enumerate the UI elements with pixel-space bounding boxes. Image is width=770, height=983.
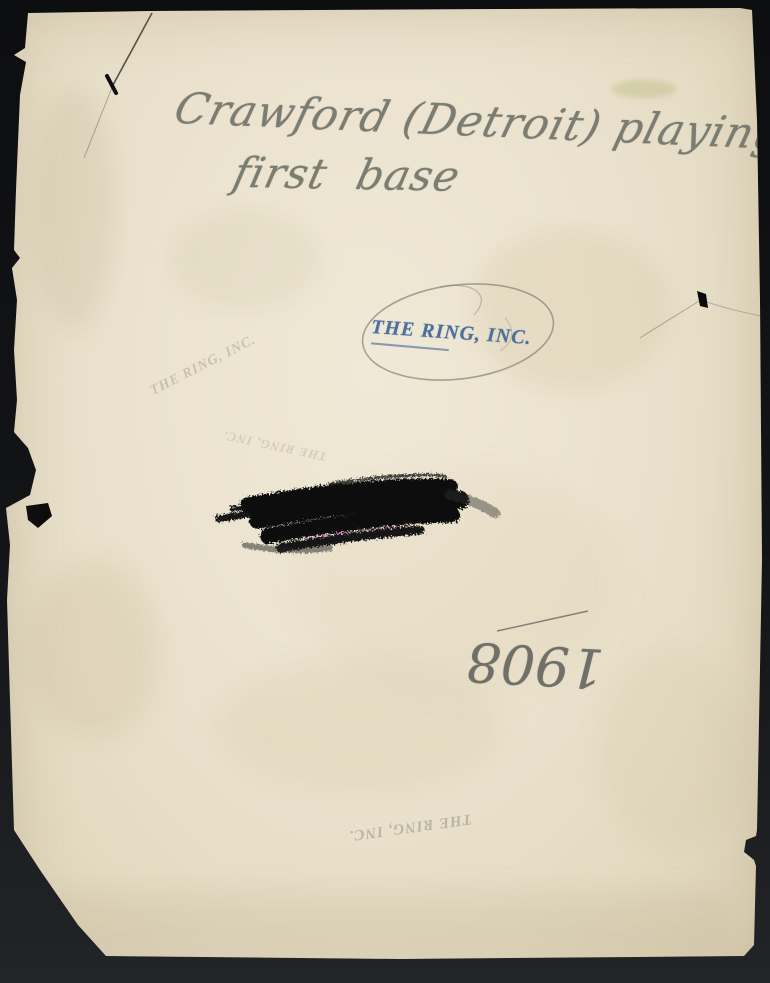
the-ring-stamp: THE RING, INC. [370, 316, 532, 350]
paper-stain [30, 560, 160, 740]
paper-stain [612, 80, 676, 98]
photo-back-paper: Crawford (Detroit) playing first base TH… [0, 0, 770, 983]
paper-stain [220, 660, 500, 790]
paper-sliver [743, 850, 754, 860]
pin-hole [697, 291, 708, 308]
paper-stain [600, 650, 740, 850]
faded-stamp-bottom: THE RING, INC. [347, 809, 472, 843]
paper-stain [34, 90, 114, 330]
faded-stamp-middle: THE RING, INC. [222, 427, 328, 464]
handwriting-caption-line2: first base [229, 148, 465, 201]
handwritten-year-upside-down: 1908 [490, 623, 606, 707]
new-york-stamp: NEW YORK [306, 514, 411, 545]
crease-right-edge [640, 291, 770, 338]
paper-stain [30, 890, 730, 954]
purple-stamp-fragments [412, 481, 422, 514]
paper-stain [170, 210, 320, 310]
stamp-underline-swash [371, 342, 449, 351]
faded-stamp-left: THE RING, INC. [148, 332, 259, 399]
tear-crease-top-left [84, 13, 152, 158]
paper-stain [470, 230, 670, 390]
blackout-scribble [218, 475, 495, 550]
left-edge-hole [26, 503, 52, 528]
photo-backdrop: Crawford (Detroit) playing first base TH… [0, 0, 770, 983]
